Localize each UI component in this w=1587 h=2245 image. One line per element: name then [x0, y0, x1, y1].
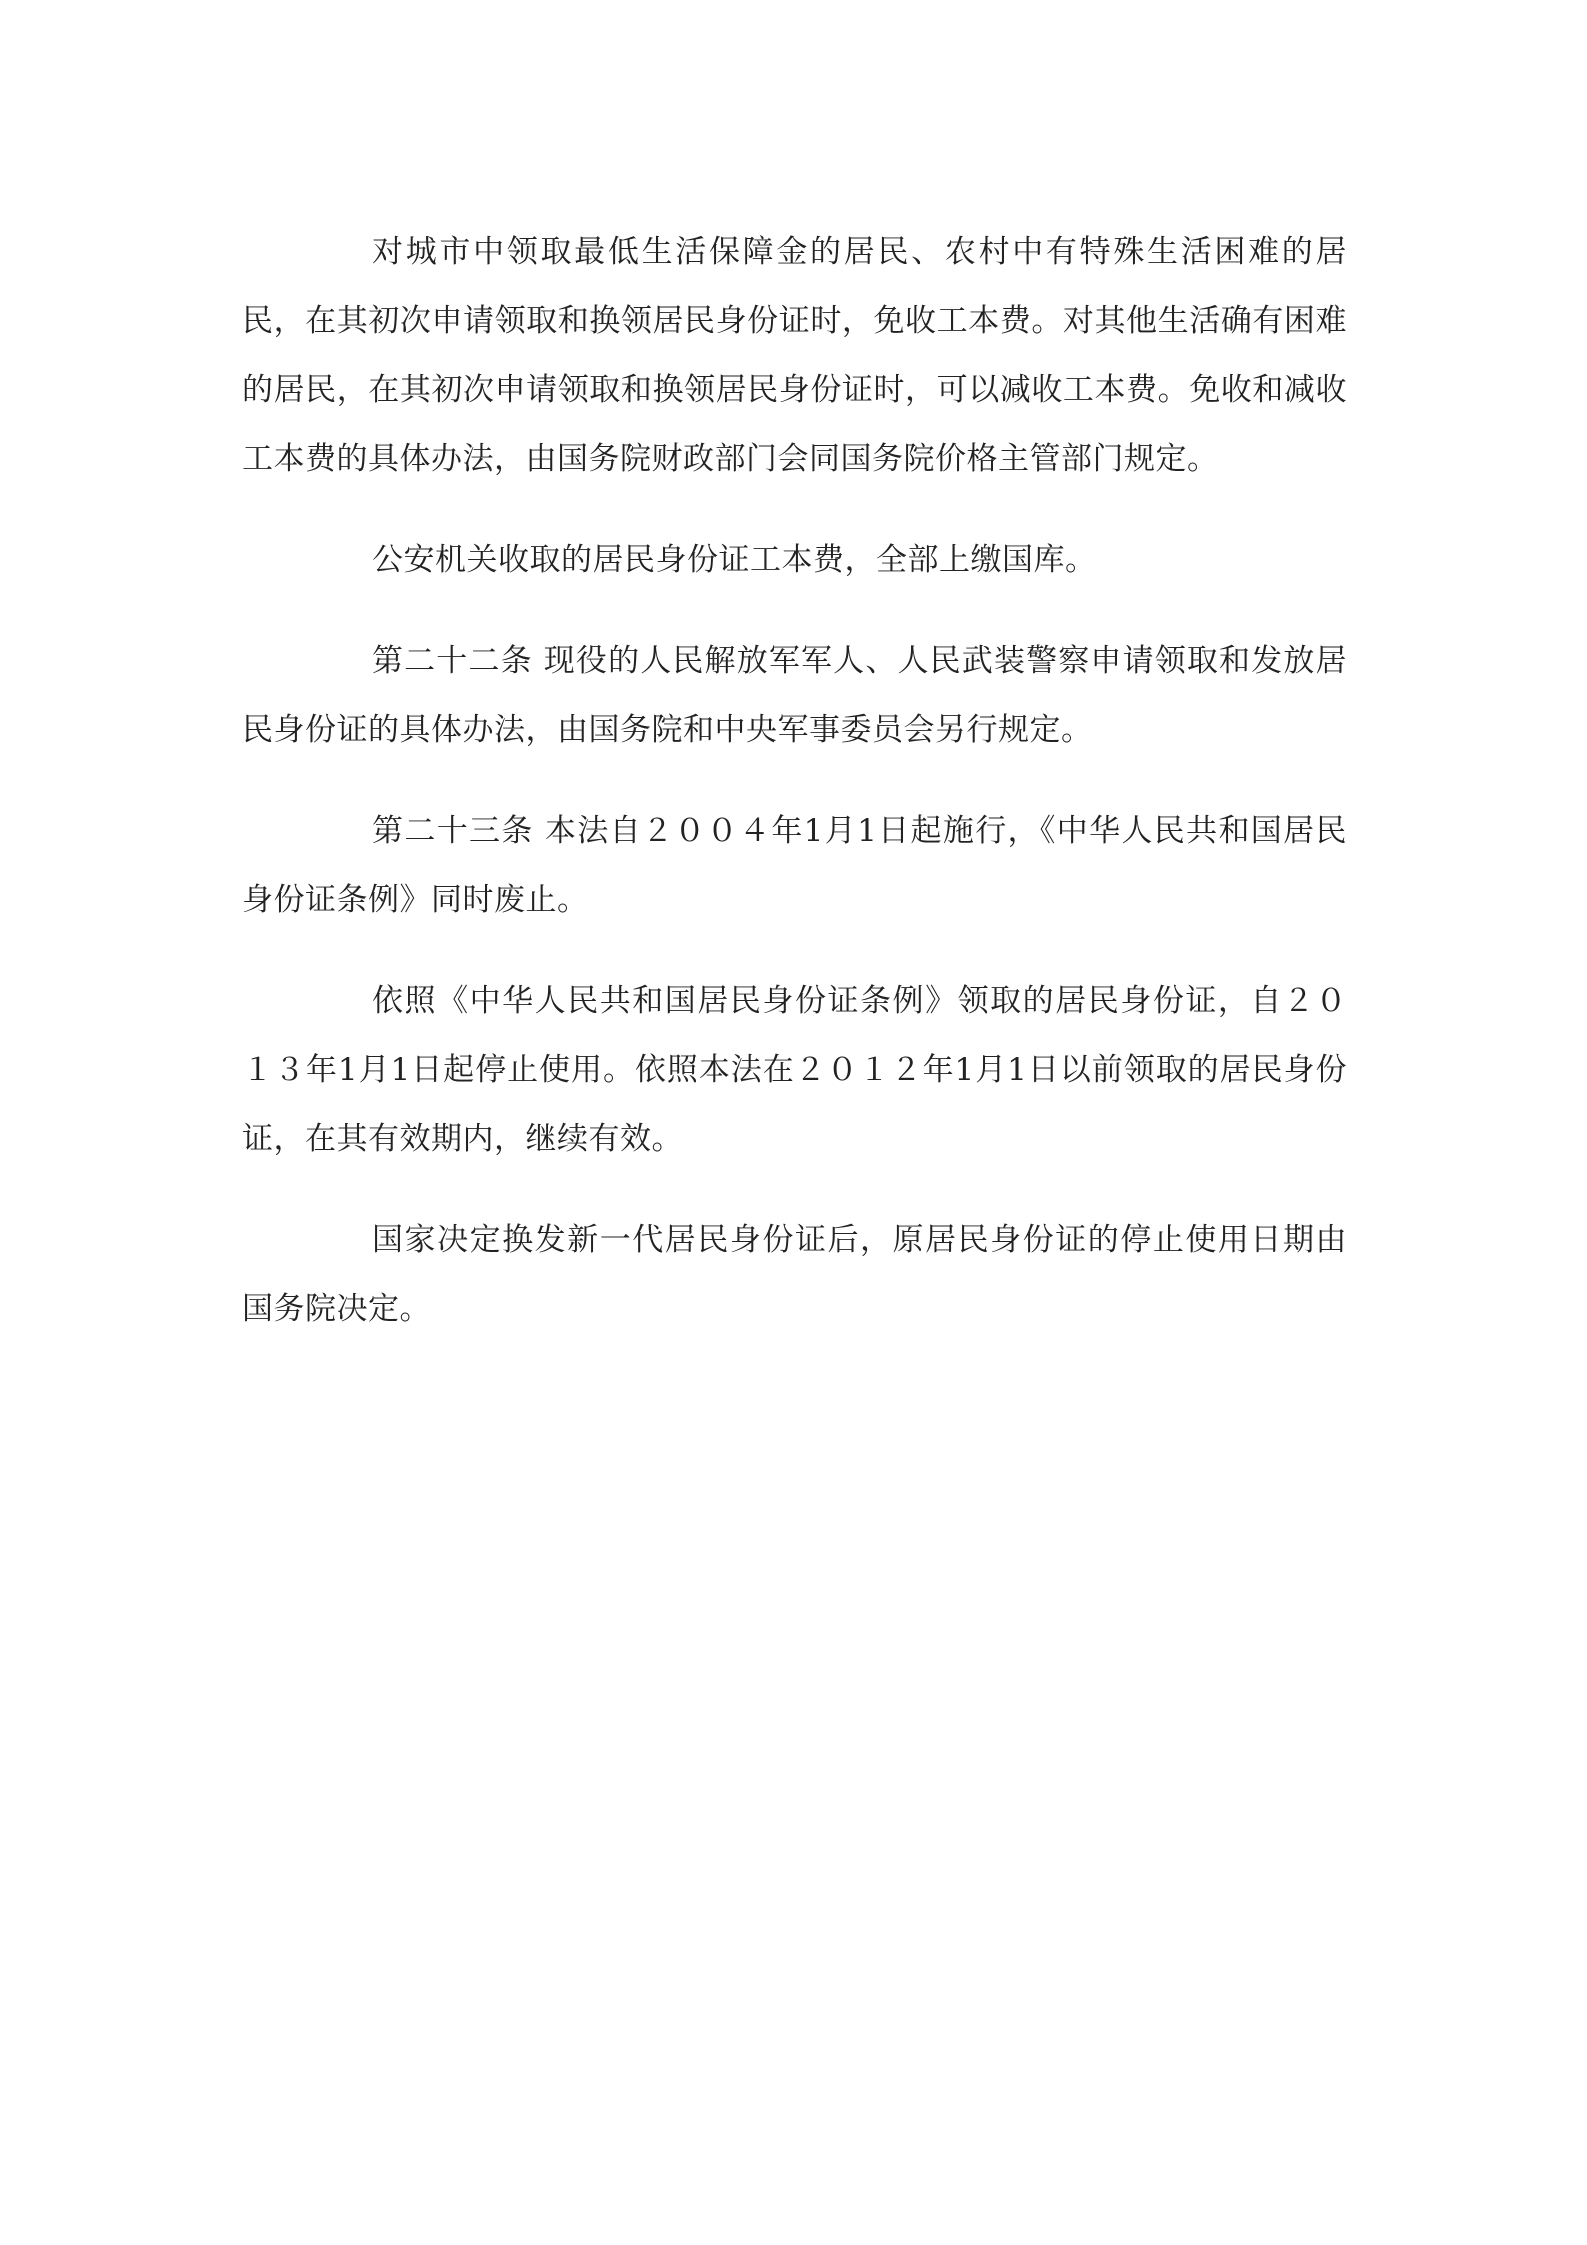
paragraph-fee-treasury: 公安机关收取的居民身份证工本费，全部上缴国库。 — [242, 526, 1347, 595]
paragraph-old-id-validity: 依照《中华人民共和国居民身份证条例》领取的居民身份证，自２０１３年1月1日起停止… — [242, 967, 1347, 1174]
paragraph-fee-exemption: 对城市中领取最低生活保障金的居民、农村中有特殊生活困难的居民，在其初次申请领取和… — [242, 218, 1347, 494]
document-page: 对城市中领取最低生活保障金的居民、农村中有特殊生活困难的居民，在其初次申请领取和… — [242, 218, 1347, 1376]
paragraph-article-23: 第二十三条 本法自２００４年1月1日起施行，《中华人民共和国居民身份证条例》同时… — [242, 797, 1347, 935]
paragraph-article-22: 第二十二条 现役的人民解放军军人、人民武装警察申请领取和发放居民身份证的具体办法… — [242, 627, 1347, 765]
paragraph-new-generation-id: 国家决定换发新一代居民身份证后，原居民身份证的停止使用日期由国务院决定。 — [242, 1206, 1347, 1344]
